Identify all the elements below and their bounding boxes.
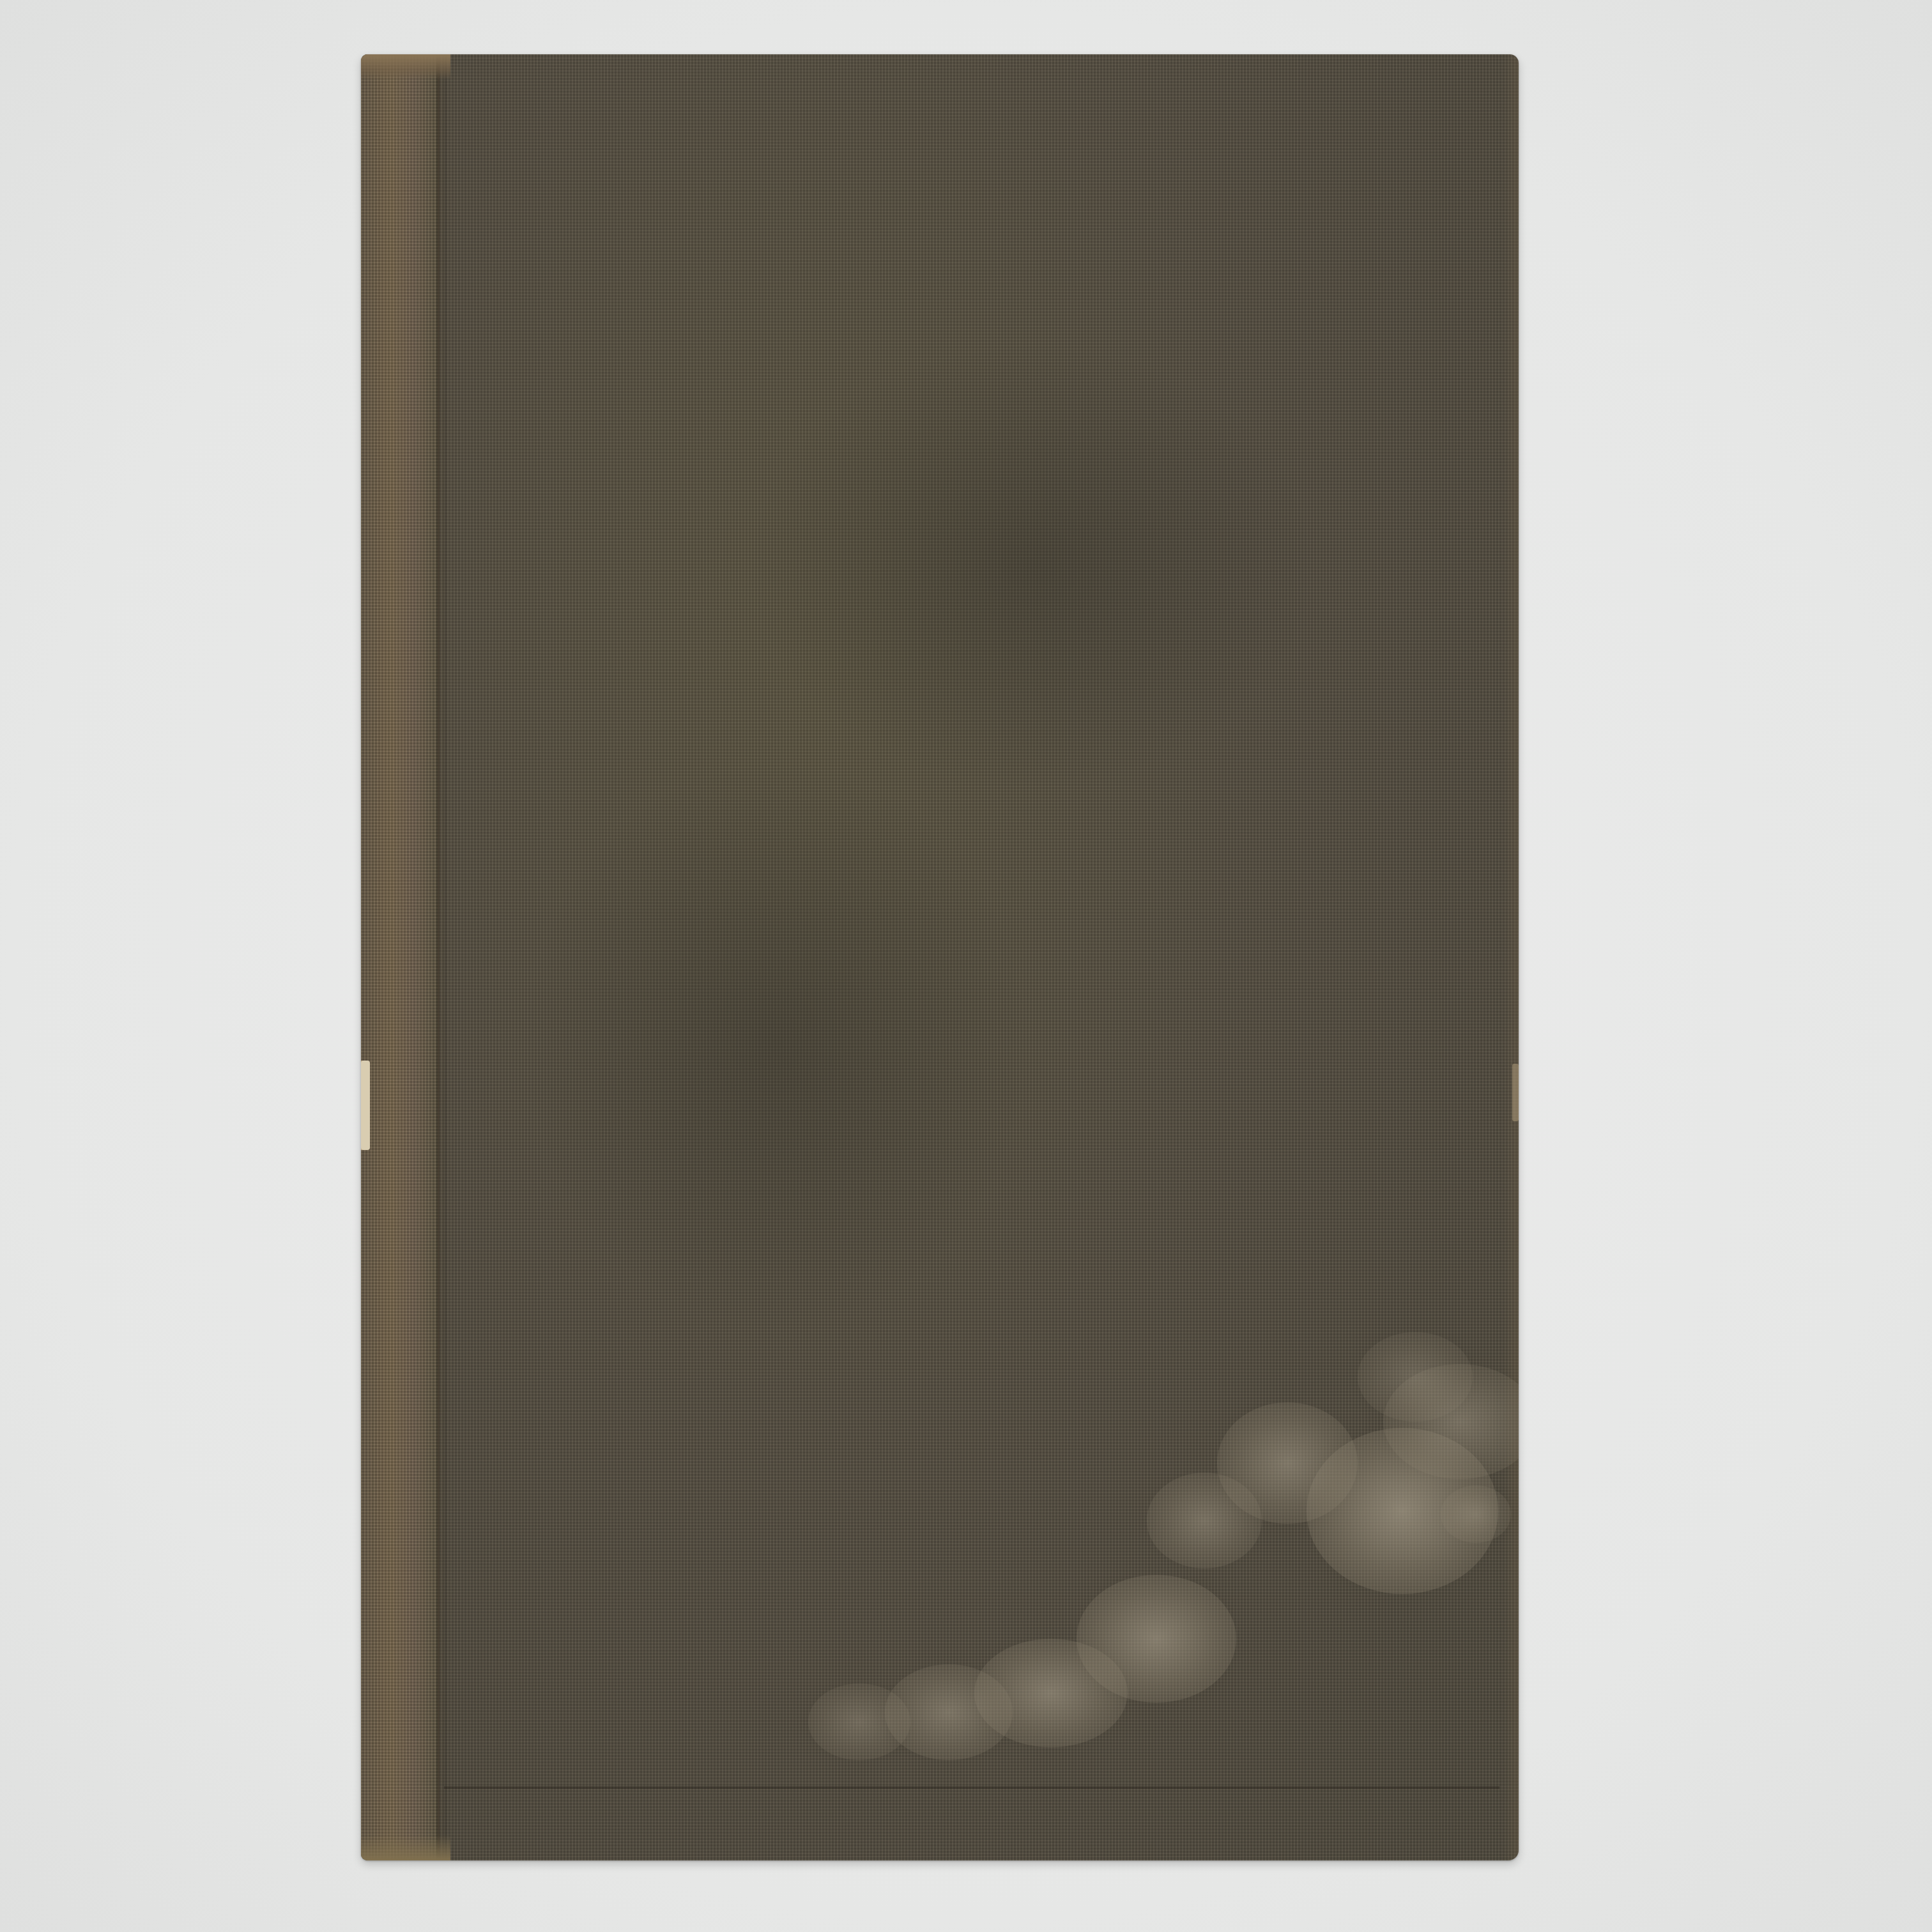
- book-cover: [361, 54, 1519, 1860]
- spine-head-fray: [361, 54, 450, 80]
- shadow-patch-upper: [744, 342, 1319, 789]
- water-stain: [1441, 1485, 1511, 1543]
- spine-tear: [361, 1061, 370, 1150]
- fore-edge-nick: [1512, 1064, 1519, 1121]
- spine-hinge: [436, 54, 447, 1860]
- water-stain: [1147, 1473, 1262, 1568]
- water-stain: [1358, 1332, 1473, 1422]
- water-stain: [808, 1683, 910, 1760]
- book-spine: [361, 54, 440, 1860]
- bottom-board-edge: [444, 1786, 1499, 1789]
- spine-tail-fray: [361, 1835, 450, 1860]
- fore-edge: [1502, 54, 1519, 1860]
- shadow-patch-middle: [521, 757, 1032, 1332]
